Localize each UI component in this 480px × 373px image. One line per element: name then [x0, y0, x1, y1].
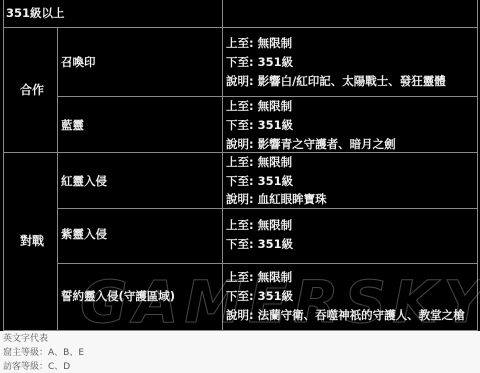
row-lower: 下至: 351級 — [226, 55, 293, 69]
row-note: 說明: 影響白/紅印記、太陽戰士、發狂靈體 — [226, 74, 446, 88]
category-coop: 合作 — [20, 83, 44, 97]
table-border-bottom — [3, 330, 478, 331]
header-divider — [3, 27, 478, 28]
row-lower: 下至: 351級 — [226, 289, 293, 303]
row-upper: 上至: 無限制 — [226, 36, 292, 50]
row-name: 藍靈 — [61, 118, 84, 132]
row-divider — [57, 96, 478, 97]
row-lower: 下至: 351級 — [226, 237, 293, 251]
row-note: 說明: 血紅眼眸寶珠 — [226, 192, 327, 206]
row-note: 說明: 影響青之守護者、暗月之劍 — [226, 137, 396, 151]
footer-guest-levels: 訪客等級：C、D — [3, 361, 70, 373]
col-divider-right — [222, 0, 223, 331]
row-upper: 上至: 無限制 — [226, 218, 292, 232]
table-border-right — [477, 0, 478, 331]
category-pvp: 對戰 — [20, 234, 44, 248]
footer-legend-title: 英文字代表 — [3, 333, 48, 345]
row-lower: 下至: 351級 — [226, 118, 293, 132]
table-border-left — [3, 0, 4, 331]
row-name: 紫靈入侵 — [61, 227, 107, 241]
row-upper: 上至: 無限制 — [226, 155, 292, 169]
row-upper: 上至: 無限制 — [226, 270, 292, 284]
level-table: 351級以上 合作 對戰 召喚印 上至: 無限制 下至: 351級 說明: 影響… — [0, 0, 480, 331]
level-range-header: 351級以上 — [6, 6, 65, 20]
col-divider-left — [57, 27, 58, 331]
row-name: 誓約靈入侵(守護區域) — [61, 289, 175, 303]
row-divider — [57, 208, 478, 209]
footer-host-levels: 窟主等級：A、B、E — [3, 347, 84, 359]
row-note: 說明: 法蘭守衛、吞噬神祇的守護人、教堂之槍 — [226, 308, 465, 322]
row-name: 紅靈入侵 — [61, 174, 107, 188]
row-upper: 上至: 無限制 — [226, 99, 292, 113]
row-divider — [57, 263, 478, 264]
category-divider — [3, 152, 478, 153]
row-lower: 下至: 351級 — [226, 174, 293, 188]
row-name: 召喚印 — [61, 55, 96, 69]
